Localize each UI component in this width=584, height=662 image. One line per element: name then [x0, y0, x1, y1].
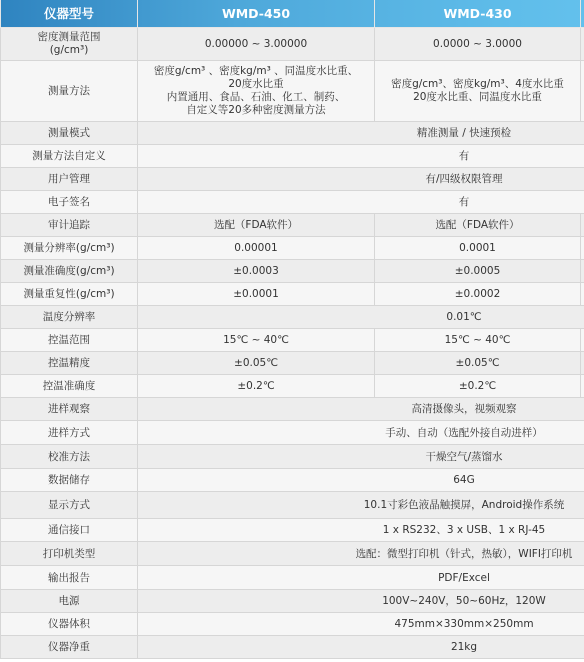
value-hidden-column — [581, 260, 584, 283]
table-row: 校准方法干燥空气/蒸馏水 — [1, 445, 584, 469]
value-wmd-430: ±0.2℃ — [375, 375, 581, 398]
row-label: 进样方式 — [1, 421, 138, 445]
row-label: 审计追踪 — [1, 214, 138, 237]
header-label: 仪器型号 — [1, 0, 138, 28]
table-row: 通信接口1 x RS232、3 x USB、1 x RJ-45 — [1, 519, 584, 542]
value-hidden-column — [581, 375, 584, 398]
row-label: 测量准确度(g/cm³) — [1, 260, 138, 283]
row-label: 进样观察 — [1, 398, 138, 421]
header-model-hidden — [581, 0, 584, 28]
value-shared: 64G — [138, 469, 584, 492]
table-row: 进样方式手动、自动（选配外接自动进样） — [1, 421, 584, 445]
value-shared: 有 — [138, 191, 584, 214]
value-wmd-430: ±0.0005 — [375, 260, 581, 283]
value-wmd-430: 0.0000 ~ 3.0000 — [375, 28, 581, 61]
value-shared: 21kg — [138, 636, 584, 659]
table-row: 数据储存64G — [1, 469, 584, 492]
value-wmd-430: ±0.0002 — [375, 283, 581, 306]
table-row: 测量模式精准测量 / 快速预检 — [1, 122, 584, 145]
header-model-wmd-430: WMD-430 — [375, 0, 581, 28]
table-row: 温度分辨率0.01℃ — [1, 306, 584, 329]
value-wmd-450: ±0.05℃ — [138, 352, 375, 375]
value-hidden-column — [581, 61, 584, 122]
value-hidden-column — [581, 352, 584, 375]
row-label: 控温准确度 — [1, 375, 138, 398]
row-label: 测量模式 — [1, 122, 138, 145]
value-shared: 干燥空气/蒸馏水 — [138, 445, 584, 469]
value-wmd-430: 密度g/cm³、密度kg/m³、4度水比重20度水比重、同温度水比重 — [375, 61, 581, 122]
table-row: 测量方法自定义有 — [1, 145, 584, 168]
value-shared: PDF/Excel — [138, 566, 584, 590]
table-row: 打印机类型选配：微型打印机（针式，热敏），WIFI打印机 — [1, 542, 584, 566]
table-row: 进样观察高清摄像头，视频观察 — [1, 398, 584, 421]
row-label: 温度分辨率 — [1, 306, 138, 329]
value-wmd-450: ±0.0003 — [138, 260, 375, 283]
table-row: 审计追踪选配（FDA软件）选配（FDA软件） — [1, 214, 584, 237]
table-row: 输出报告PDF/Excel — [1, 566, 584, 590]
row-label: 通信接口 — [1, 519, 138, 542]
table-row: 仪器净重21kg — [1, 636, 584, 659]
row-label: 密度测量范围(g/cm³) — [1, 28, 138, 61]
value-shared: 有 — [138, 145, 584, 168]
row-label: 测量重复性(g/cm³) — [1, 283, 138, 306]
table-row: 控温精度±0.05℃±0.05℃ — [1, 352, 584, 375]
table-row: 显示方式10.1寸彩色液晶触摸屏，Android操作系统 — [1, 492, 584, 519]
value-hidden-column — [581, 329, 584, 352]
table-body: 密度测量范围(g/cm³)0.00000 ~ 3.000000.0000 ~ 3… — [1, 28, 584, 659]
value-hidden-column — [581, 214, 584, 237]
value-hidden-column — [581, 237, 584, 260]
spec-table: 仪器型号 WMD-450 WMD-430 密度测量范围(g/cm³)0.0000… — [0, 0, 584, 659]
value-wmd-450: 15℃ ~ 40℃ — [138, 329, 375, 352]
row-label: 仪器体积 — [1, 613, 138, 636]
value-shared: 手动、自动（选配外接自动进样） — [138, 421, 584, 445]
table-row: 测量准确度(g/cm³)±0.0003±0.0005 — [1, 260, 584, 283]
spec-comparison-table: 仪器型号 WMD-450 WMD-430 密度测量范围(g/cm³)0.0000… — [0, 0, 584, 660]
value-wmd-430: ±0.05℃ — [375, 352, 581, 375]
table-row: 电子签名有 — [1, 191, 584, 214]
row-label: 显示方式 — [1, 492, 138, 519]
value-wmd-450: ±0.2℃ — [138, 375, 375, 398]
table-row: 控温准确度±0.2℃±0.2℃ — [1, 375, 584, 398]
row-label: 测量方法自定义 — [1, 145, 138, 168]
value-shared: 1 x RS232、3 x USB、1 x RJ-45 — [138, 519, 584, 542]
value-wmd-450: 选配（FDA软件） — [138, 214, 375, 237]
value-wmd-450: 密度g/cm³ 、密度kg/m³ 、同温度水比重、20度水比重内置通用、食品、石… — [138, 61, 375, 122]
table-row: 测量分辨率(g/cm³)0.000010.0001 — [1, 237, 584, 260]
row-label: 电源 — [1, 590, 138, 613]
value-shared: 有/四级权限管理 — [138, 168, 584, 191]
row-label: 电子签名 — [1, 191, 138, 214]
value-wmd-430: 15℃ ~ 40℃ — [375, 329, 581, 352]
table-row: 电源100V~240V，50~60Hz，120W — [1, 590, 584, 613]
row-label: 用户管理 — [1, 168, 138, 191]
value-wmd-450: ±0.0001 — [138, 283, 375, 306]
row-label: 输出报告 — [1, 566, 138, 590]
table-row: 用户管理有/四级权限管理 — [1, 168, 584, 191]
row-label: 测量方法 — [1, 61, 138, 122]
value-shared: 475mm×330mm×250mm — [138, 613, 584, 636]
value-shared: 选配：微型打印机（针式，热敏），WIFI打印机 — [138, 542, 584, 566]
value-shared: 100V~240V，50~60Hz，120W — [138, 590, 584, 613]
value-wmd-430: 选配（FDA软件） — [375, 214, 581, 237]
value-hidden-column — [581, 28, 584, 61]
value-shared: 精准测量 / 快速预检 — [138, 122, 584, 145]
value-hidden-column — [581, 283, 584, 306]
value-shared: 高清摄像头，视频观察 — [138, 398, 584, 421]
row-label: 仪器净重 — [1, 636, 138, 659]
value-wmd-430: 0.0001 — [375, 237, 581, 260]
header-model-wmd-450: WMD-450 — [138, 0, 375, 28]
row-label: 控温精度 — [1, 352, 138, 375]
row-label: 校准方法 — [1, 445, 138, 469]
value-wmd-450: 0.00001 — [138, 237, 375, 260]
table-row: 密度测量范围(g/cm³)0.00000 ~ 3.000000.0000 ~ 3… — [1, 28, 584, 61]
row-label: 打印机类型 — [1, 542, 138, 566]
value-shared: 0.01℃ — [138, 306, 584, 329]
value-wmd-450: 0.00000 ~ 3.00000 — [138, 28, 375, 61]
table-row: 测量方法密度g/cm³ 、密度kg/m³ 、同温度水比重、20度水比重内置通用、… — [1, 61, 584, 122]
table-row: 仪器体积475mm×330mm×250mm — [1, 613, 584, 636]
table-header-row: 仪器型号 WMD-450 WMD-430 — [1, 0, 584, 28]
value-shared: 10.1寸彩色液晶触摸屏，Android操作系统 — [138, 492, 584, 519]
table-row: 测量重复性(g/cm³)±0.0001±0.0002 — [1, 283, 584, 306]
row-label: 控温范围 — [1, 329, 138, 352]
row-label: 数据储存 — [1, 469, 138, 492]
table-row: 控温范围15℃ ~ 40℃15℃ ~ 40℃ — [1, 329, 584, 352]
row-label: 测量分辨率(g/cm³) — [1, 237, 138, 260]
